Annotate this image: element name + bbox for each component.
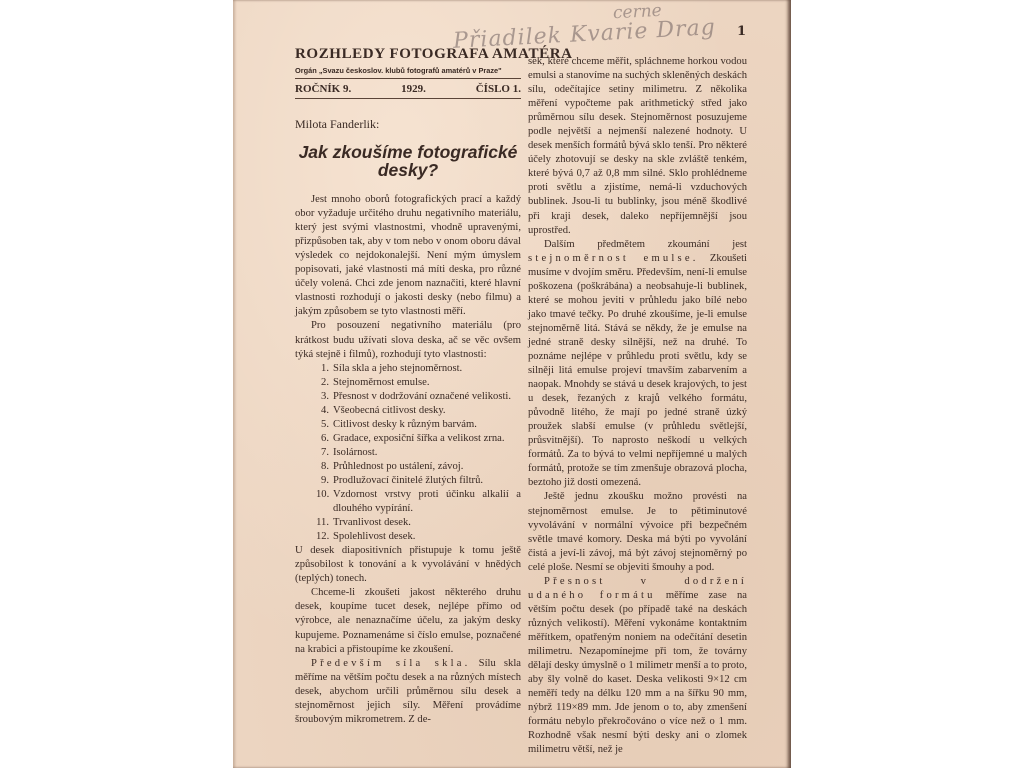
emulsion-heading: stejnoměrnost emulse. bbox=[528, 253, 699, 264]
scanned-magazine-page: cerne Přiadilek Kvarie Drag 1 ROZHLEDY F… bbox=[233, 0, 791, 768]
criteria-item: 4.Všeobecná citlivost desky. bbox=[295, 404, 521, 418]
year-label: 1929. bbox=[401, 83, 426, 95]
issue-info: ROČNÍK 9. 1929. ČÍSLO 1. bbox=[295, 83, 521, 95]
criteria-item: 1.Síla skla a jeho stejnoměrnost. bbox=[295, 362, 521, 376]
criteria-item: 10.Vzdornost vrstvy proti účinku alkalií… bbox=[295, 488, 521, 516]
criteria-item: 8.Průhlednost po ustálení, závoj. bbox=[295, 460, 521, 474]
criteria-item: 2.Stejnoměrnost emulse. bbox=[295, 376, 521, 390]
article-title: Jak zkoušíme fotografické desky? bbox=[295, 143, 521, 179]
criteria-item: 6.Gradace, exposiční šířka a velikost zr… bbox=[295, 432, 521, 446]
magazine-title: ROZHLEDY FOTOGRAFA AMATÉRA bbox=[295, 46, 521, 63]
masthead: ROZHLEDY FOTOGRAFA AMATÉRA Orgán „Svazu … bbox=[295, 46, 521, 99]
right-column: sek, které chceme měřit, spláchneme hork… bbox=[528, 55, 747, 757]
diapositive-paragraph: U desek diapositivních přistupuje k tomu… bbox=[295, 544, 521, 586]
magazine-subtitle: Orgán „Svazu českoslov. klubů fotografů … bbox=[295, 66, 521, 75]
page-number: 1 bbox=[737, 24, 746, 39]
criteria-intro-paragraph: Pro posouzení negativního materiálu (pro… bbox=[295, 319, 521, 361]
masthead-rule bbox=[295, 78, 521, 79]
glass-paragraph: Především síla skla. Sílu skla měříme na… bbox=[295, 657, 521, 727]
glass-paragraph-continued: sek, které chceme měřit, spláchneme hork… bbox=[528, 55, 747, 238]
criteria-item: 7.Isolárnost. bbox=[295, 446, 521, 460]
development-test-paragraph: Ještě jednu zkoušku možno provésti na st… bbox=[528, 490, 747, 574]
format-paragraph: Přesnost v dodržení udaného formátu měří… bbox=[528, 575, 747, 758]
issue-label: ČÍSLO 1. bbox=[476, 83, 521, 95]
left-column: Milota Fanderlik: Jak zkoušíme fotografi… bbox=[295, 117, 521, 727]
emulsion-paragraph: Dalším předmětem zkoumání jest stejnoměr… bbox=[528, 238, 747, 491]
buying-paragraph: Chceme-li zkoušeti jakost některého druh… bbox=[295, 586, 521, 656]
criteria-list: 1.Síla skla a jeho stejnoměrnost. 2.Stej… bbox=[295, 362, 521, 545]
glass-heading: Především síla skla. bbox=[311, 658, 471, 669]
intro-paragraph: Jest mnoho oborů fotografických prací a … bbox=[295, 193, 521, 319]
criteria-item: 11.Trvanlivost desek. bbox=[295, 516, 521, 530]
criteria-item: 3.Přesnost v dodržování označené velikos… bbox=[295, 390, 521, 404]
article-author: Milota Fanderlik: bbox=[295, 117, 521, 131]
criteria-item: 12.Spolehlivost desek. bbox=[295, 530, 521, 544]
volume-label: ROČNÍK 9. bbox=[295, 83, 351, 95]
criteria-item: 9.Prodlužovací činitelé žlutých filtrů. bbox=[295, 474, 521, 488]
criteria-item: 5.Citlivost desky k různým barvám. bbox=[295, 418, 521, 432]
masthead-rule-bottom bbox=[295, 98, 521, 99]
